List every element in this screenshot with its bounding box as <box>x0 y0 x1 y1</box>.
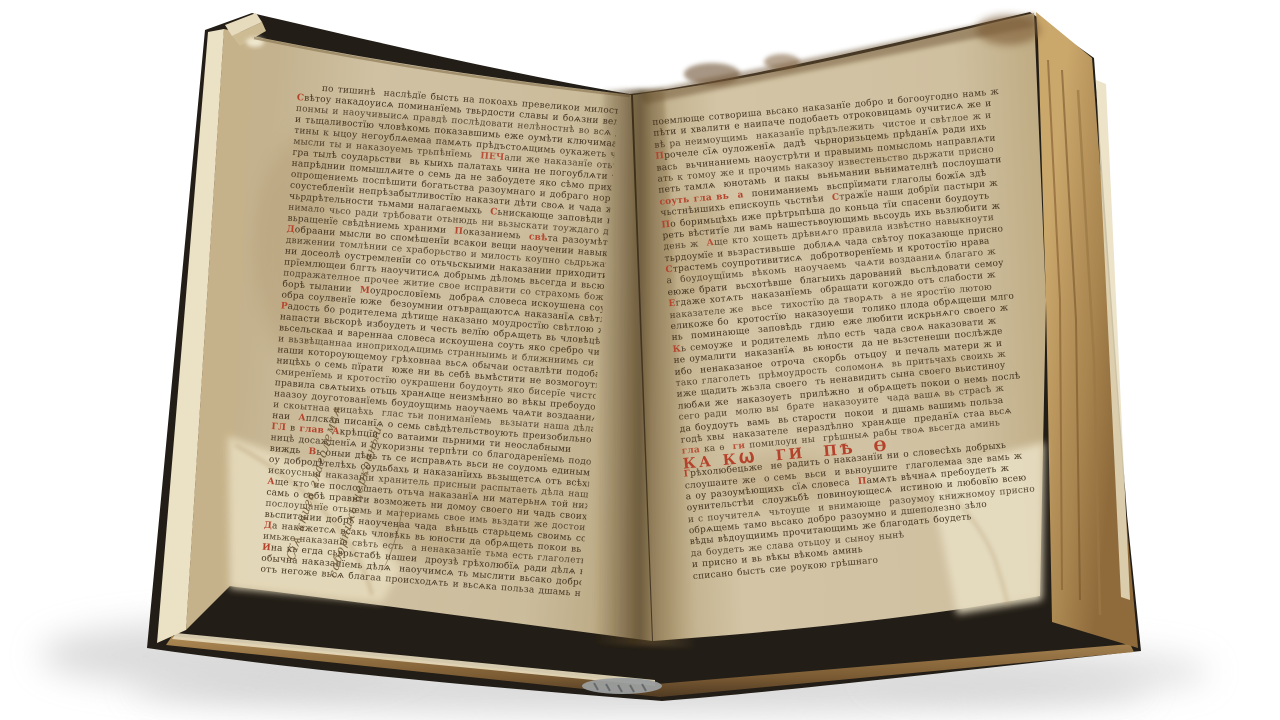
open-book-artwork <box>0 0 1280 720</box>
spine-endband <box>582 678 662 694</box>
manuscript-photo: по тишинѣ наслѣдїе бысть на покоахь прев… <box>0 0 1280 720</box>
